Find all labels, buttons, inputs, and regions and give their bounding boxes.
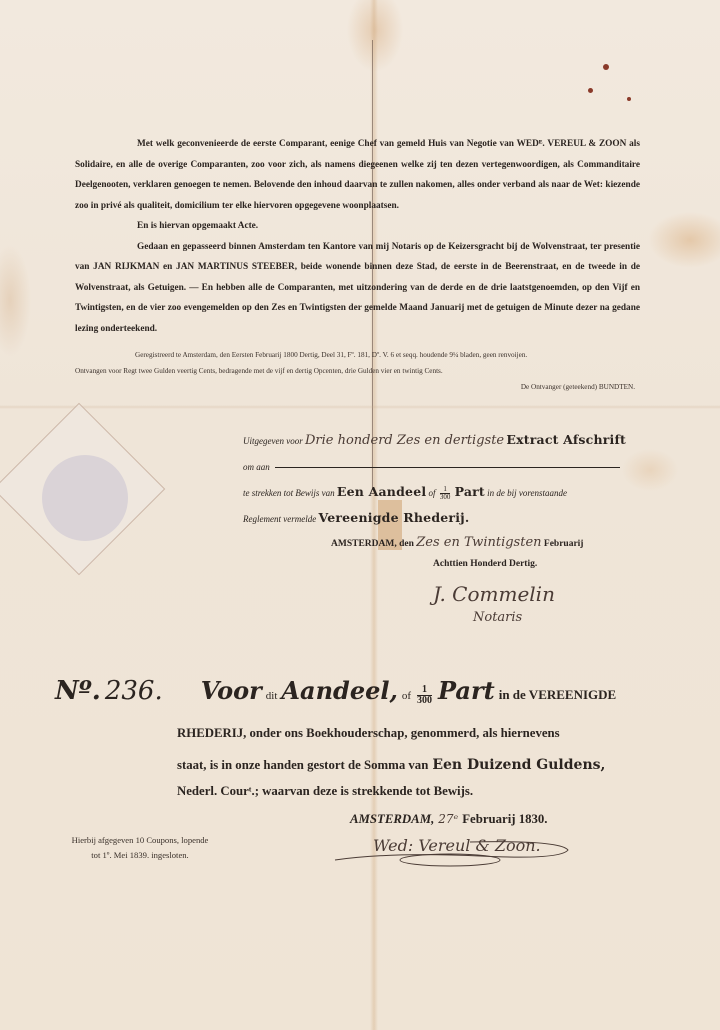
certificate-page: Met welk geconvenieerde de eerste Compar… [0, 0, 720, 1030]
deed-paragraph-2: En is hiervan opgemaakt Acte. [75, 216, 640, 237]
number-prefix: Nº. [55, 676, 101, 706]
fraction: 1300 [417, 685, 432, 706]
date-handwritten: Zes en Twintigsten [416, 535, 541, 550]
coupons-line-1: Hierbij afgegeven 10 Coupons, lopende [55, 833, 225, 848]
proof-prefix: te strekken tot Bewijs van [243, 488, 335, 498]
registration-line-2: Ontvangen voor Regt twee Gulden veertig … [75, 363, 645, 379]
coupons-line-2: tot 1º. Mei 1839. ingesloten. [55, 848, 225, 863]
deed-paragraph-3: Gedaan en gepasseerd binnen Amsterdam te… [75, 237, 640, 340]
extract-reglement-line: Reglement vermelde Vereenigde Rhederij. [243, 510, 469, 525]
fraction: 1300 [440, 486, 451, 501]
of-label: of [429, 488, 436, 498]
om-aan-line: om aan [243, 462, 620, 472]
certificate-line-3: staat, is in onze handen gestort de Somm… [177, 756, 605, 774]
month-label: Februarij [544, 539, 584, 549]
line1-suffix: in de VEREENIGDE [499, 687, 617, 702]
ink-spot [588, 88, 593, 93]
signature-flourish-icon [330, 832, 570, 868]
amount: Een Duizend Guldens, [432, 757, 605, 773]
coupons-note: Hierbij afgegeven 10 Coupons, lopende to… [55, 833, 225, 863]
horizontal-fold [0, 405, 720, 409]
deed-text: Met welk geconvenieerde de eerste Compar… [75, 134, 640, 339]
year-line: Achttien Honderd Dertig. [433, 559, 537, 569]
certificate-number: 236. [105, 676, 163, 706]
registration-note: Geregistreerd te Amsterdam, den Eersten … [75, 347, 645, 395]
dit-label: dit [266, 690, 278, 702]
registration-line-1: Geregistreerd te Amsterdam, den Eersten … [75, 347, 645, 363]
extract-proof-line: te strekken tot Bewijs van Een Aandeel o… [243, 484, 567, 501]
certificate-date: AMSTERDAM, 27ᵉ Februarij 1830. [350, 810, 548, 828]
certificate-line-4: Nederl. Courᵗ.; waarvan deze is strekken… [177, 784, 473, 799]
rhederij-name: Vereenigde Rhederij. [318, 510, 469, 525]
extract-issued-line: Uitgegeven voor Drie honderd Zes en dert… [243, 432, 626, 448]
ink-spot [603, 64, 609, 70]
registration-line-3: De Ontvanger (geteekend) BUNDTEN. [75, 379, 645, 395]
share-label: Een Aandeel [337, 484, 426, 499]
issued-handwritten: Drie honderd Zes en dertigste [305, 433, 504, 448]
place-label: AMSTERDAM, den [331, 539, 414, 549]
extract-block: Uitgegeven voor Drie honderd Zes en dert… [243, 432, 643, 642]
part-label: Part [438, 676, 495, 705]
voor-label: Voor [201, 676, 262, 705]
notary-signature: J. Commelin [433, 582, 555, 607]
certificate-line-2: RHEDERIJ, onder ons Boekhouderschap, gen… [177, 726, 560, 741]
ink-spot [627, 97, 631, 101]
proof-suffix: in de bij vorenstaande [487, 488, 567, 498]
extract-date-line: AMSTERDAM, den Zes en Twintigsten Februa… [331, 535, 583, 550]
aandeel-label: Aandeel, [281, 676, 397, 705]
reglement-prefix: Reglement vermelde [243, 514, 316, 524]
issued-prefix: Uitgegeven voor [243, 436, 303, 446]
om-aan-label: om aan [243, 462, 270, 472]
part-label: Part [455, 484, 485, 499]
certificate-number-line: Nº. 236. Voor dit Aandeel, of 1300 Part … [55, 676, 616, 706]
deed-paragraph-1: Met welk geconvenieerde de eerste Compar… [75, 134, 640, 216]
issued-suffix: Extract Afschrift [506, 432, 626, 447]
of-label: of [402, 690, 411, 702]
seal-stamp-icon [42, 455, 128, 541]
notary-title: Notaris [473, 610, 522, 625]
blank-line [275, 467, 620, 468]
